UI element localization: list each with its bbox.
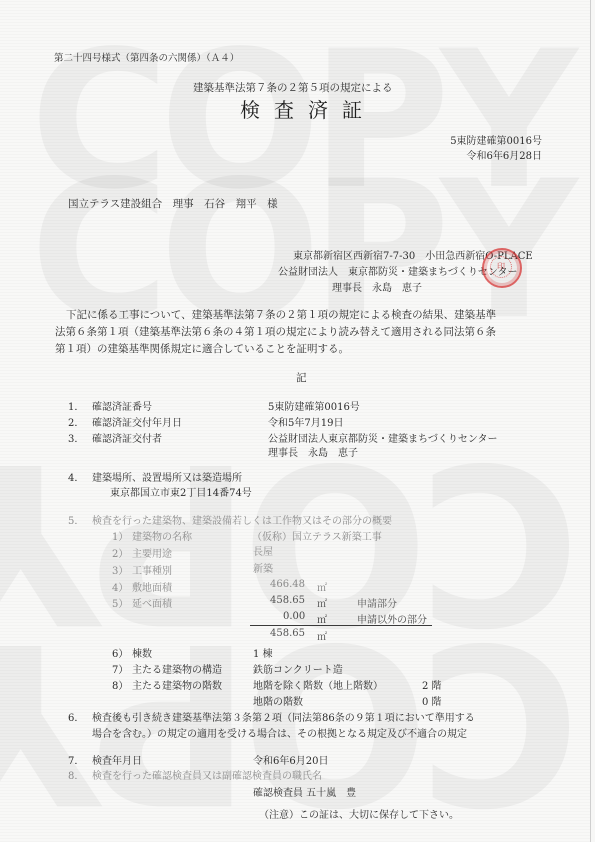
sub-6-label: 棟数 bbox=[132, 645, 152, 660]
body-line-2: 法第６条第１項（建築基準法第６条の４第１項の規定により読み替えて適用される同法第… bbox=[55, 324, 496, 339]
issuer-representative: 理事長 永島 恵子 bbox=[332, 279, 422, 294]
addressee: 国立テラス建設組合 理事 石谷 翔平 様 bbox=[68, 196, 278, 211]
sub-4-unit: ㎡ bbox=[317, 579, 327, 594]
floor-area-applied-note: 申請部分 bbox=[357, 595, 397, 610]
item-1-label: 確認済証番号 bbox=[92, 398, 152, 413]
floor-area-other-unit: ㎡ bbox=[317, 611, 327, 626]
sub-4-label: 敷地面積 bbox=[132, 579, 172, 594]
sub-3-value: 新築 bbox=[253, 560, 273, 575]
sum-rule bbox=[250, 625, 432, 626]
sub-3-num: 3） bbox=[112, 562, 128, 577]
sub-7-num: 7） bbox=[112, 661, 128, 676]
certificate-number: 5東防建確第0016号 bbox=[450, 132, 542, 147]
sub-2-value: 長屋 bbox=[253, 543, 273, 558]
floors-above-ground-label: 地階を除く階数（地上階数） bbox=[253, 677, 383, 692]
basement-floors: 0 階 bbox=[422, 693, 442, 708]
sub-6-num: 6） bbox=[112, 645, 128, 660]
form-label: 第二十四号様式（第四条の六関係）（Ａ４） bbox=[54, 50, 239, 64]
body-line-3: 第１項）の建築基準関係規定に適合していることを証明する。 bbox=[55, 341, 349, 356]
inspector-name: 確認検査員 五十嵐 豊 bbox=[253, 784, 356, 799]
item-3-value-2: 理事長 永島 恵子 bbox=[268, 444, 358, 459]
sub-8-label: 主たる建築物の階数 bbox=[132, 677, 222, 692]
item-1-num: 1． bbox=[68, 398, 84, 413]
sub-7-value: 鉄筋コンクリート造 bbox=[253, 661, 343, 676]
sub-1-value: （仮称）国立テラス新築工事 bbox=[252, 528, 382, 543]
item-3-num: 3． bbox=[68, 430, 84, 445]
floor-area-other-note: 申請以外の部分 bbox=[357, 611, 427, 626]
document-title: 検査済証 bbox=[240, 94, 376, 123]
floor-area-total: 458.65 bbox=[270, 628, 305, 639]
item-2-label: 確認済証交付年月日 bbox=[92, 414, 182, 429]
sub-4-num: 4） bbox=[112, 579, 128, 594]
floor-area-applied-unit: ㎡ bbox=[317, 595, 327, 610]
item-4-value: 東京都国立市東2丁目14番74号 bbox=[110, 484, 252, 499]
item-6-line-1: 検査後も引き続き建築基準法第３条第２項（同法第86条の９第１項において準用する bbox=[92, 709, 475, 724]
law-reference: 建築基準法第７条の２第５項の規定による bbox=[193, 80, 393, 95]
footer-note: （注意）この証は、大切に保存して下さい。 bbox=[259, 806, 459, 821]
item-4-label: 建築場所、設置場所又は築造場所 bbox=[92, 469, 242, 484]
floor-area-applied: 458.65 bbox=[270, 595, 305, 606]
inspection-date: 令和6年6月20日 bbox=[253, 752, 328, 767]
item-2-num: 2． bbox=[68, 414, 84, 429]
item-6-line-2: 場合を含む。）の規定の適用を受ける場合は、その根拠となる規定及び不適合の規定 bbox=[92, 725, 467, 740]
sub-1-num: 1） bbox=[112, 528, 128, 543]
item-7-num: 7． bbox=[68, 752, 84, 767]
item-2-value: 令和5年7月19日 bbox=[268, 414, 343, 429]
sub-6-value: 1 棟 bbox=[253, 645, 273, 660]
item-6-num: 6． bbox=[68, 709, 84, 724]
floor-area-other: 0.00 bbox=[283, 611, 305, 622]
sub-7-label: 主たる建築物の構造 bbox=[132, 661, 222, 676]
item-8-label: 検査を行った確認検査員又は副確認検査員の職氏名 bbox=[92, 767, 322, 782]
item-5-label: 検査を行った建築物、建築設備若しくは工作物又はその部分の概要 bbox=[92, 512, 392, 527]
sub-5-label: 延べ面積 bbox=[132, 595, 172, 610]
sub-8-num: 8） bbox=[112, 677, 128, 692]
item-3-value: 公益財団法人東京都防災・建築まちづくりセンター bbox=[268, 430, 498, 445]
issue-date: 令和6年6月28日 bbox=[467, 147, 542, 162]
item-4-num: 4． bbox=[68, 469, 84, 484]
floors-above-ground: 2 階 bbox=[422, 677, 442, 692]
item-5-num: 5． bbox=[68, 512, 84, 527]
floor-area-total-unit: ㎡ bbox=[317, 628, 327, 643]
sub-5-num: 5） bbox=[112, 595, 128, 610]
official-seal-icon: 印 bbox=[482, 248, 522, 288]
item-3-label: 確認済証交付者 bbox=[92, 430, 162, 445]
sub-3-label: 工事種別 bbox=[132, 562, 172, 577]
item-1-value: 5東防建確第0016号 bbox=[268, 398, 360, 413]
ki-heading: 記 bbox=[296, 370, 307, 385]
item-8-num: 8． bbox=[68, 767, 84, 782]
seal-label: 印 bbox=[490, 256, 512, 278]
item-7-label: 検査年月日 bbox=[92, 752, 142, 767]
certificate-page: COPY COPY COPY COPY 第二十四号様式（第四条の六関係）（Ａ４）… bbox=[0, 0, 591, 842]
sub-4-value: 466.48 bbox=[270, 579, 305, 590]
basement-floors-label: 地階の階数 bbox=[253, 693, 303, 708]
body-line-1: 下記に係る工事について、建築基準法第７条の２第１項の規定による検査の結果、建築基… bbox=[66, 307, 496, 322]
sub-1-label: 建築物の名称 bbox=[132, 528, 192, 543]
sub-2-num: 2） bbox=[112, 545, 128, 560]
sub-2-label: 主要用途 bbox=[132, 545, 172, 560]
